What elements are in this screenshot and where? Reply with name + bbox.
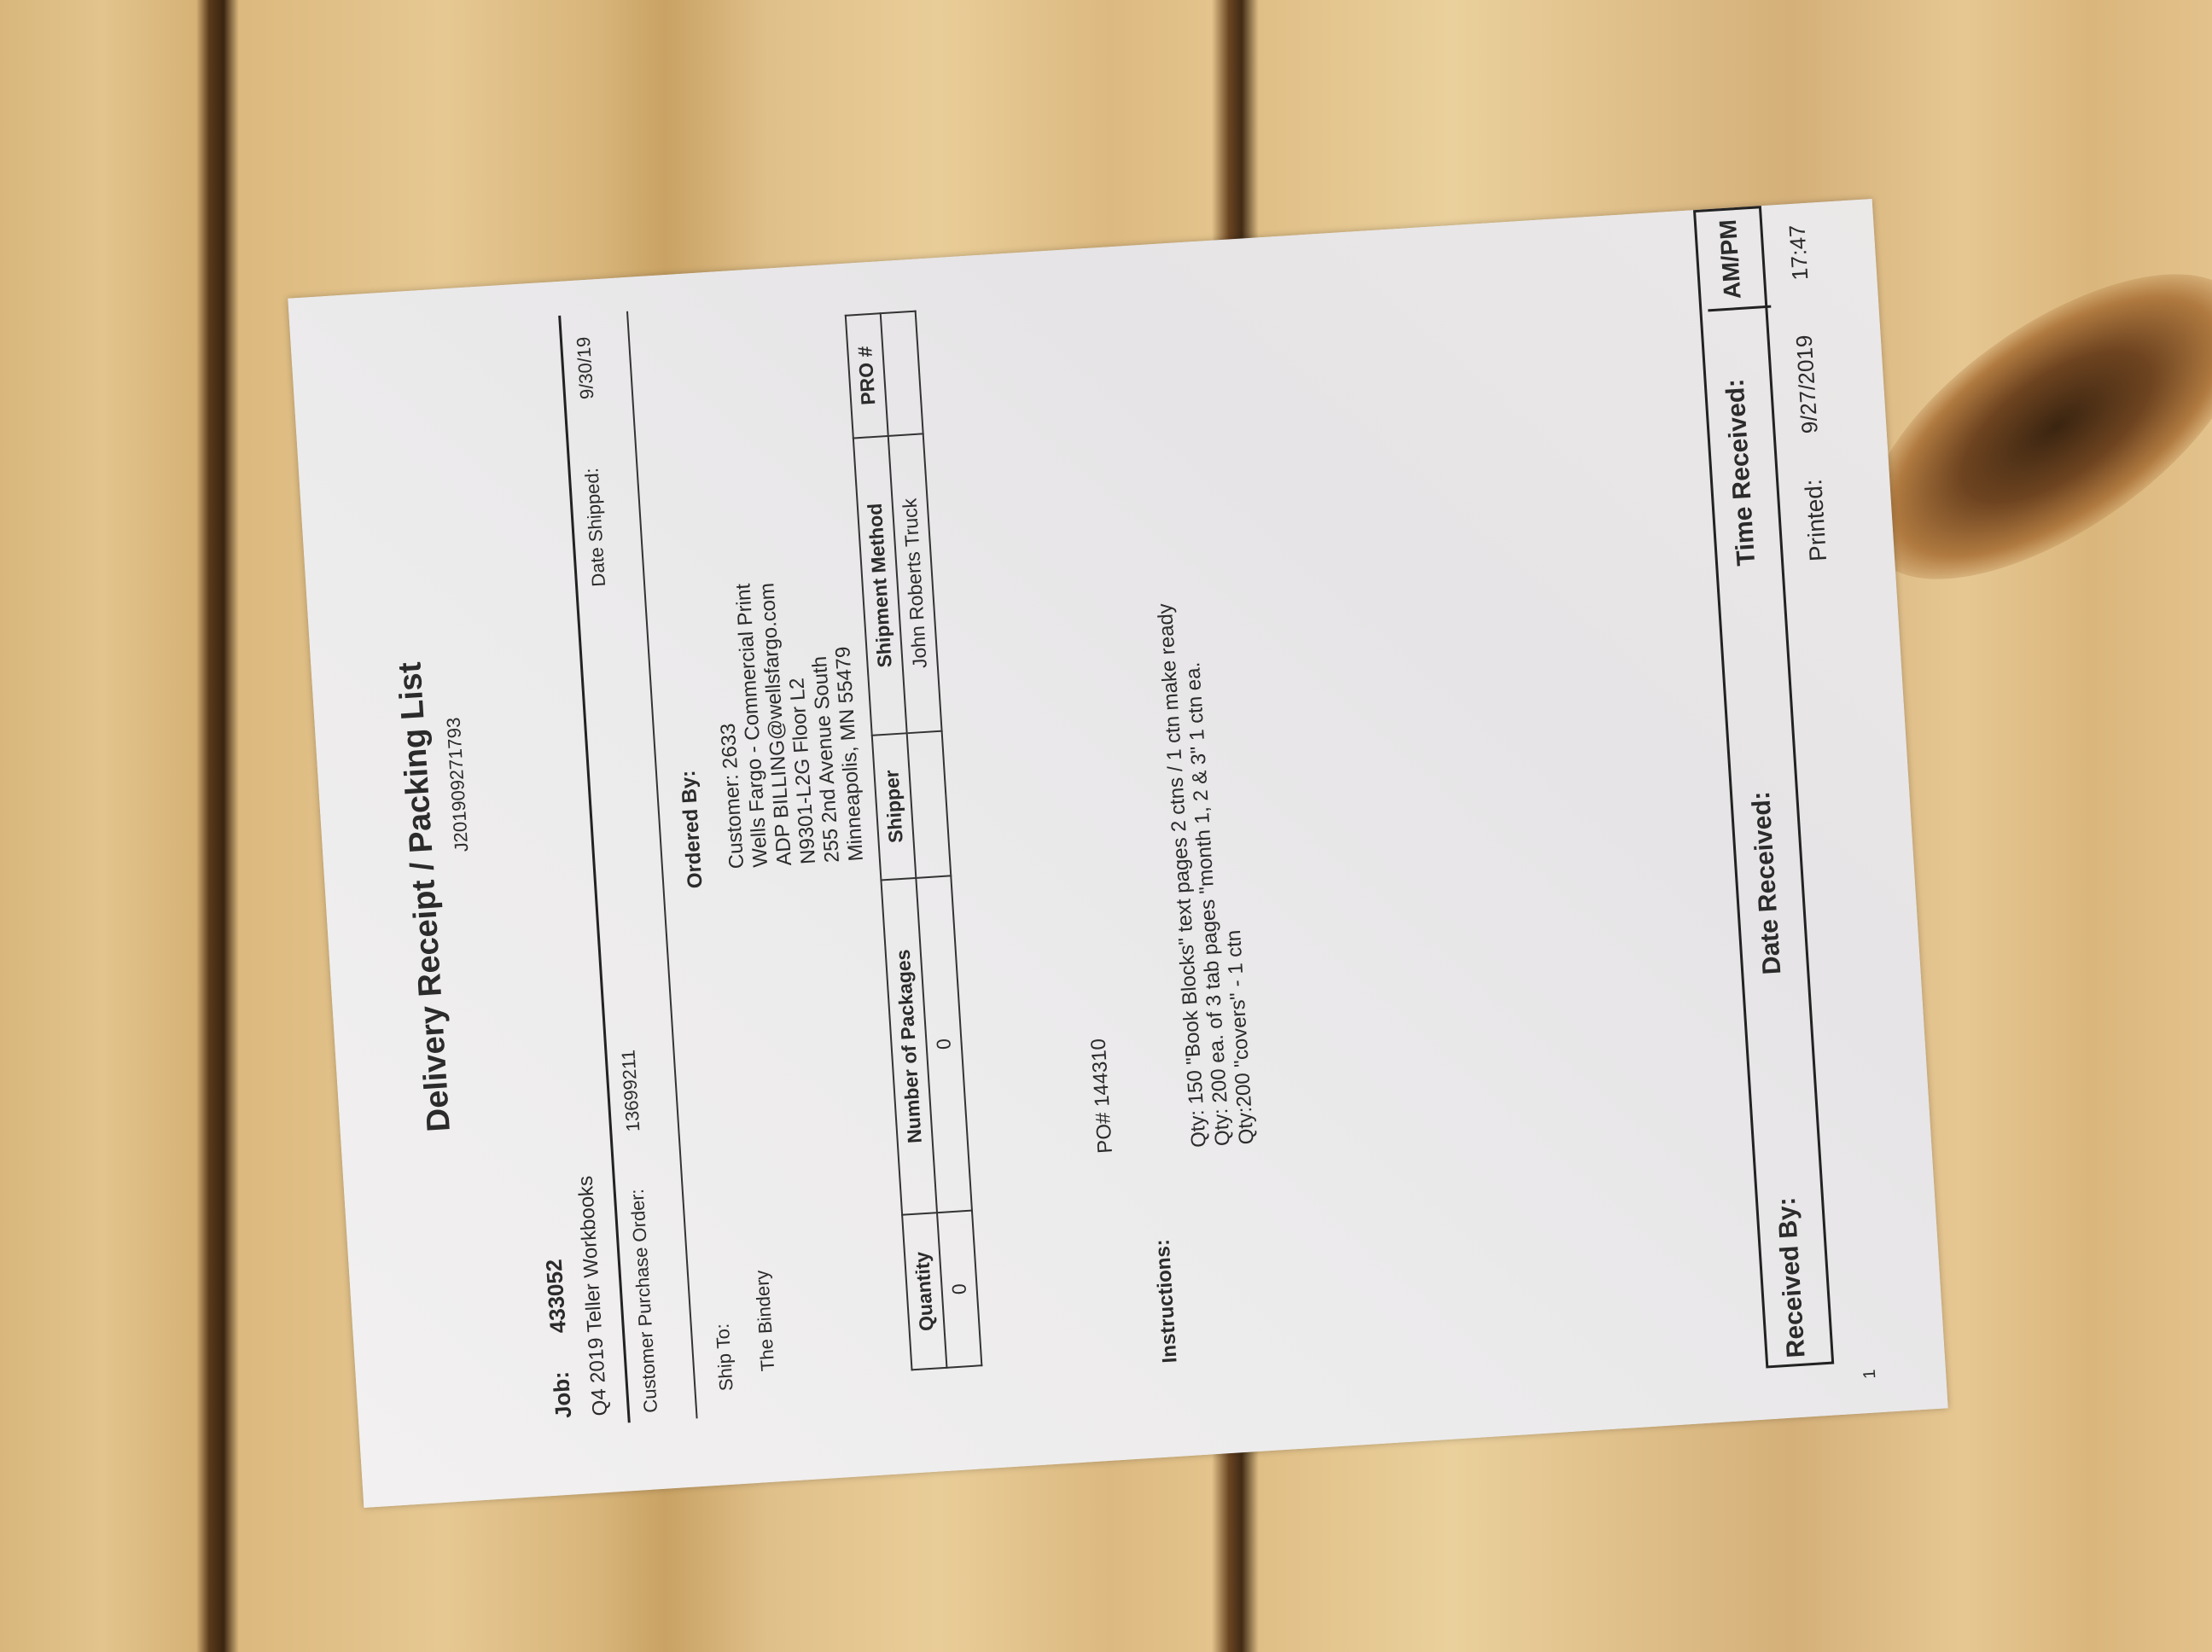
ship-to-label: Ship To: bbox=[712, 1323, 738, 1392]
printed-label: Printed: bbox=[1800, 478, 1832, 561]
date-shipped-label: Date Shipped: bbox=[580, 468, 610, 588]
date-shipped-value: 9/30/19 bbox=[573, 336, 599, 400]
printed-time: 17:47 bbox=[1784, 224, 1813, 282]
document-id: J201909271793 bbox=[442, 717, 473, 852]
ship-to-value: The Bindery bbox=[751, 1270, 779, 1372]
job-number: 433052 bbox=[541, 1259, 572, 1335]
instructions-text: Qty: 150 "Book Blocks" text pages 2 ctns… bbox=[1154, 600, 1260, 1149]
instructions-label: Instructions: bbox=[1151, 1238, 1183, 1364]
packing-list-paper: Delivery Receipt / Packing List J2019092… bbox=[288, 199, 1947, 1508]
cell-pro-number bbox=[881, 311, 923, 436]
ampm-label: AM/PM bbox=[1703, 218, 1772, 312]
po-number: PO# 144310 bbox=[1087, 1038, 1118, 1154]
job-description: Q4 2019 Teller Workbooks bbox=[574, 1175, 614, 1416]
document-title: Delivery Receipt / Packing List bbox=[369, 291, 481, 1503]
ordered-by-label: Ordered By: bbox=[677, 770, 708, 889]
purchase-order-label: Customer Purchase Order: bbox=[626, 1188, 662, 1413]
printed-date: 9/27/2019 bbox=[1790, 334, 1823, 434]
page-number: 1 bbox=[1860, 1369, 1881, 1380]
purchase-order-value: 13699211 bbox=[617, 1049, 644, 1132]
job-label: Job: bbox=[548, 1370, 577, 1419]
ordered-by-address: Customer: 2633 Wells Fargo - Commercial … bbox=[707, 577, 869, 870]
